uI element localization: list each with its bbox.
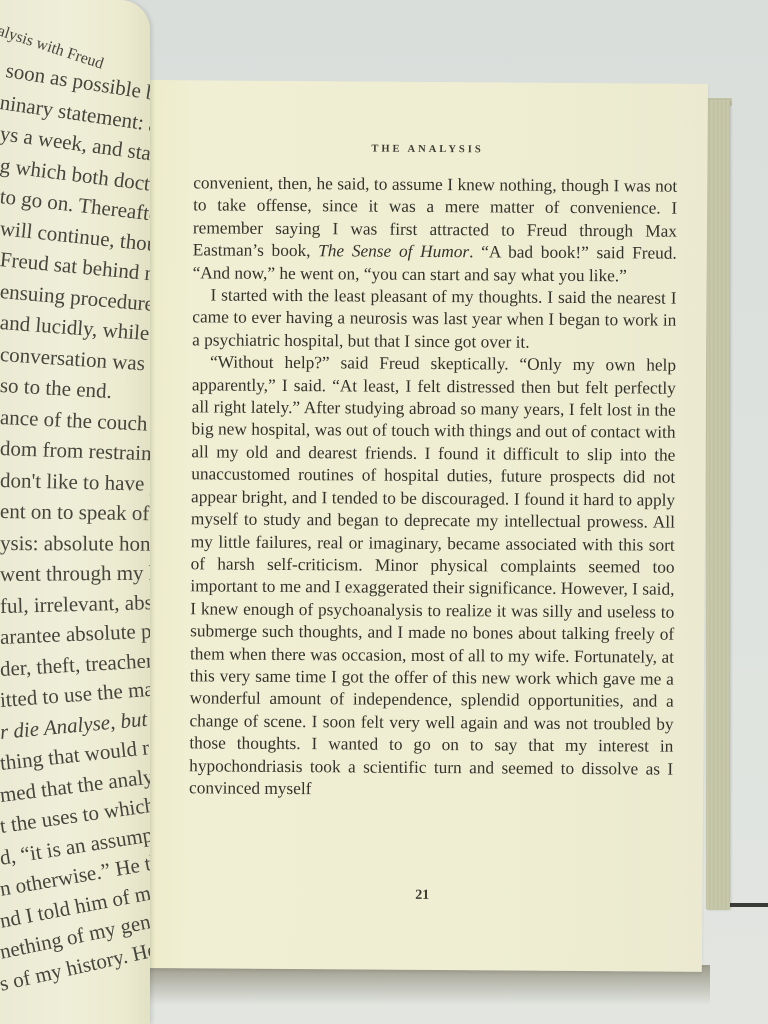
left-page-line: ful, irrelevant, absurd, or [0,588,150,618]
right-page: THE ANALYSIS convenient, then, he said, … [142,80,708,972]
left-page-line: arantee absolute privacy, [0,616,150,650]
left-page-line: don't like to have people [0,468,150,498]
left-page-line: ysis: absolute honesty—I [0,531,150,557]
left-page-line: went through my head: n [0,560,150,587]
running-head: THE ANALYSIS [147,142,707,157]
book-title: The Sense of Humor [318,241,469,261]
paragraph-1: convenient, then, he said, to assume I k… [193,172,678,287]
left-page: alysis with Freud soon as possible by ca… [0,0,150,1024]
left-page-line: ance of the couch arrange [0,405,150,440]
book-cover-edge [706,100,730,910]
left-page-line: dom from restraint in th [0,436,150,468]
left-page-line: der, theft, treachery or th [0,645,150,682]
left-page-line: ent on to speak of the f [0,499,150,527]
page-body: convenient, then, he said, to assume I k… [189,172,677,803]
page-number: 21 [142,886,702,906]
desk-edge [730,903,768,907]
paragraph-2: I started with the least pleasant of my … [192,284,676,355]
left-page-line: so to the end. [0,373,112,404]
paragraph-3: “Without help?” said Freud skeptically. … [189,352,676,803]
